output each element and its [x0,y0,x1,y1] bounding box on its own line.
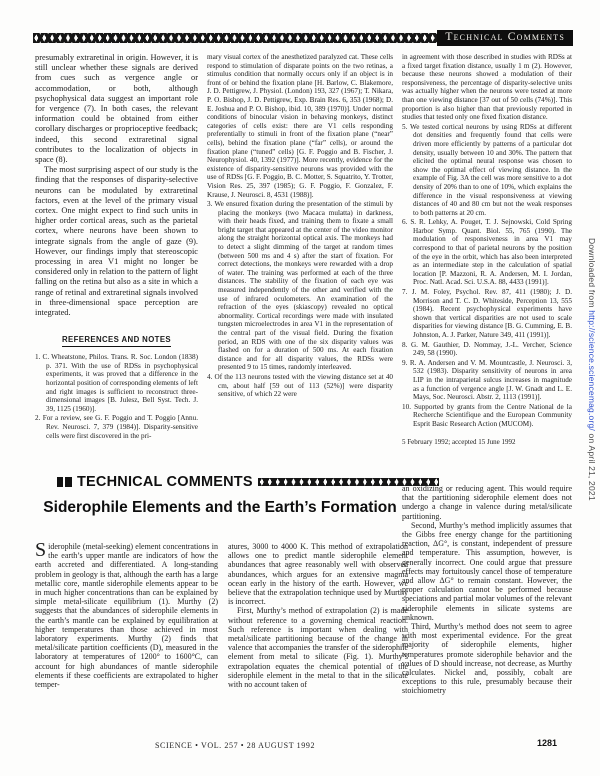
top-border: Technical Comments [33,30,573,46]
reference-item: 1. C. Wheatstone, Philos. Trans. R. Soc.… [35,353,198,413]
footer-page-number: 1281 [537,738,557,748]
body-paragraph: First, Murthy’s method of extrapolation … [228,606,408,689]
section-marker-icon [57,477,72,487]
reference-number: 4. [207,373,212,381]
reference-text: J. M. Foley, Psychol. Rev. 87, 411 (1980… [412,288,572,339]
body-paragraph: presumably extraretinal in origin. Howev… [35,53,198,165]
download-watermark: Downloaded from http://science.sciencema… [587,238,597,548]
section-header: TECHNICAL COMMENTS [57,474,439,490]
watermark-url-link[interactable]: http://science.sciencemag.org/ [587,310,597,431]
footer-journal-line: SCIENCE • VOL. 257 • 28 AUGUST 1992 [35,741,435,750]
reference-number: 6. [402,218,407,226]
reference-item: 7. J. M. Foley, Psychol. Rev. 87, 411 (1… [402,288,572,340]
reference-text: G. M. Gauthier, D. Nommay, J.-L. Vercher… [411,341,572,358]
reference-number: 3. [207,200,212,208]
reference-item: 9. R. A. Andersen and V. M. Mountcastle,… [402,359,572,402]
reference-text: S. R. Lehky, A. Pouget, T. J. Sejnowski,… [410,218,572,286]
body-paragraph: Second, Murthy’s method implicitly assum… [402,521,572,622]
article-title: Siderophile Elements and the Earth’s For… [40,499,400,517]
reference-item: 3. We ensured fixation during the presen… [207,200,393,372]
drop-cap: S [35,542,48,559]
watermark-prefix: Downloaded from [587,238,597,310]
body-paragraph: Third, Murthy’s method does not seem to … [402,622,572,696]
reference-text: Supported by grants from the Centre Nati… [413,403,572,428]
reference-continuation: in agreement with those described in stu… [402,53,572,122]
comment-column-1: Siderophile (metal-seeking) element conc… [35,542,218,745]
reference-text: R. A. Andersen and V. M. Mountcastle, J.… [410,359,572,401]
body-paragraph: an oxidizing or reducing agent. This wou… [402,484,572,521]
reference-text: We tested cortical neurons by using RDSs… [410,123,572,217]
body-paragraph: Siderophile (metal-seeking) element conc… [35,542,218,689]
technical-comments-tag: Technical Comments [437,30,573,46]
reference-item: 8. G. M. Gauthier, D. Nommay, J.-L. Verc… [402,341,572,358]
reference-item: 6. S. R. Lehky, A. Pouget, T. J. Sejnows… [402,218,572,287]
reference-number: 1. [35,353,40,361]
reference-text: C. Wheatstone, Philos. Trans. R. Soc. Lo… [43,353,198,413]
received-accepted-dateline: 5 February 1992; accepted 15 June 1992 [402,438,572,447]
references-heading: REFERENCES AND NOTES [35,329,198,347]
reference-text: We ensured fixation during the presentat… [214,200,393,371]
reference-item: 4. Of the 113 neurons tested with the vi… [207,373,393,399]
reference-item: 2. For a review, see G. F. Poggio and T.… [35,414,198,440]
top-article: presumably extraretinal in origin. Howev… [35,53,572,457]
body-paragraph: The most surprising aspect of our study … [35,165,198,318]
journal-page: Technical Comments presumably extraretin… [0,0,600,776]
reference-number: 7. [402,288,407,296]
reference-text: Of the 113 neurons tested with the viewi… [215,373,393,398]
body-paragraph: atures, 3000 to 4000 K. This method of e… [228,542,408,606]
reference-continuation: mary visual cortex of the anesthetized p… [207,53,393,199]
top-article-column-2: mary visual cortex of the anesthetized p… [207,53,393,457]
reference-number: 10. [402,403,411,411]
top-article-column-1: presumably extraretinal in origin. Howev… [35,53,198,457]
comment-column-3: an oxidizing or reducing agent. This wou… [402,484,572,742]
reference-item: 10. Supported by grants from the Centre … [402,403,572,429]
section-header-label: TECHNICAL COMMENTS [77,474,253,490]
watermark-suffix: on April 21, 2021 [587,431,597,501]
comment-column-2: atures, 3000 to 4000 K. This method of e… [228,542,408,745]
reference-number: 5. [402,123,407,131]
reference-number: 2. [35,414,40,422]
reference-number: 9. [402,359,407,367]
chain-border-icon [33,33,437,43]
references-list: 1. C. Wheatstone, Philos. Trans. R. Soc.… [35,353,198,440]
reference-text: For a review, see G. F. Poggio and T. Po… [43,414,198,439]
reference-number: 8. [402,341,407,349]
top-article-column-3: in agreement with those described in stu… [402,53,572,457]
reference-item: 5. We tested cortical neurons by using R… [402,123,572,218]
